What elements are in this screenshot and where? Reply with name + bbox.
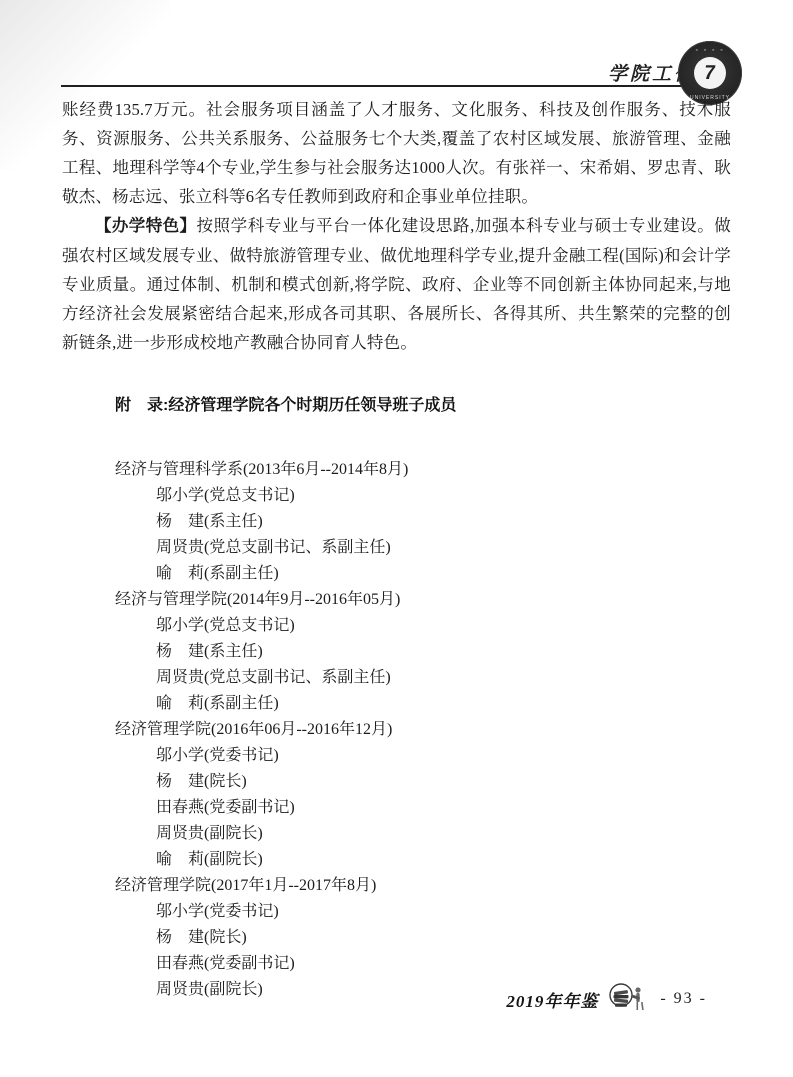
- leadership-roster: 经济与管理科学系(2013年6月--2014年8月) 邬小学(党总支书记) 杨 …: [115, 457, 731, 1003]
- roster-member: 邬小学(党总支书记): [115, 613, 731, 639]
- roster-member: 周贤贵(副院长): [115, 821, 731, 847]
- page-number: - 93 -: [660, 990, 707, 1008]
- seal-numeral-glyph: 7: [703, 62, 717, 85]
- header-rule: [61, 85, 692, 87]
- page-footer: 2019年年鉴 - 93 -: [506, 982, 707, 1016]
- roster-section-title: 经济与管理学院(2014年9月--2016年05月): [115, 587, 731, 613]
- paragraph-school-features: 【办学特色】按照学科专业与平台一体化建设思路,加强本科专业与硕士专业建设。做强农…: [62, 211, 731, 357]
- roster-section-title: 经济管理学院(2016年06月--2016年12月): [115, 717, 731, 743]
- book-stack-icon: [607, 982, 651, 1016]
- roster-member: 邬小学(党委书记): [115, 743, 731, 769]
- roster-member: 田春燕(党委副书记): [115, 795, 731, 821]
- roster-member: 喻 莉(系副主任): [115, 691, 731, 717]
- paragraph-social-services: 账经费135.7万元。社会服务项目涵盖了人才服务、文化服务、科技及创作服务、技术…: [62, 95, 731, 211]
- roster-section-title: 经济管理学院(2017年1月--2017年8月): [115, 873, 731, 899]
- seal-inner-circle: 7: [694, 57, 726, 89]
- roster-member: 邬小学(党总支书记): [115, 483, 731, 509]
- seal-top-characters: ◦ ◦ ◦ ◦: [678, 46, 742, 54]
- roster-member: 杨 建(院长): [115, 769, 731, 795]
- roster-section-title: 经济与管理科学系(2013年6月--2014年8月): [115, 457, 731, 483]
- roster-member: 周贤贵(党总支副书记、系副主任): [115, 665, 731, 691]
- paragraph-lead-label: 【办学特色】: [95, 217, 196, 235]
- page-body: 账经费135.7万元。社会服务项目涵盖了人才服务、文化服务、科技及创作服务、技术…: [62, 95, 731, 1003]
- roster-member: 田春燕(党委副书记): [115, 951, 731, 977]
- yearbook-page: 学院工作 ◦ ◦ ◦ ◦ 7 UNIVERSITY 账经费135.7万元。社会服…: [0, 0, 793, 1077]
- roster-member: 喻 莉(系副主任): [115, 561, 731, 587]
- roster-member: 周贤贵(党总支副书记、系副主任): [115, 535, 731, 561]
- paragraph-school-features-text: 按照学科专业与平台一体化建设思路,加强本科专业与硕士专业建设。做强农村区域发展专…: [62, 216, 731, 352]
- yearbook-title: 2019年年鉴: [506, 987, 598, 1012]
- roster-member: 杨 建(系主任): [115, 509, 731, 535]
- roster-member: 喻 莉(副院长): [115, 847, 731, 873]
- roster-member: 杨 建(院长): [115, 925, 731, 951]
- appendix-heading: 附 录:经济管理学院各个时期历任领导班子成员: [115, 396, 731, 416]
- roster-member: 杨 建(系主任): [115, 639, 731, 665]
- roster-member: 邬小学(党委书记): [115, 899, 731, 925]
